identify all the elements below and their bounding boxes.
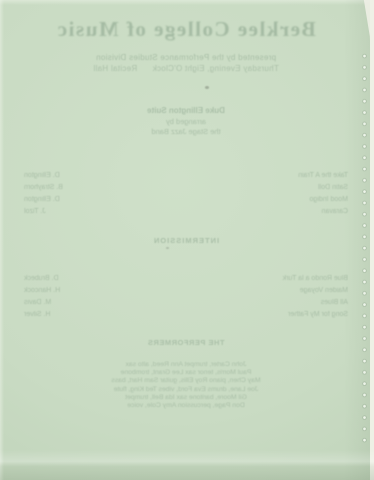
program-row: Maiden Voyage H. Hancock	[20, 285, 352, 297]
mirrored-bleedthrough-text: Berklee College of Music presented by th…	[20, 0, 352, 480]
performers-line: John Carter, trumpet Ann Reed, alto sax	[20, 361, 352, 369]
torn-edge-white-strip	[370, 0, 374, 480]
piece-name: Maiden Voyage	[300, 285, 348, 297]
performers-paragraph: John Carter, trumpet Ann Reed, alto sax …	[20, 361, 352, 410]
performers-line: May Chen, piano Roy Ellis, guitar Sam Ha…	[20, 377, 352, 385]
performers-line: Don Page, percussion Amy Cole, voice	[20, 402, 352, 410]
piece-credit: arranged by	[20, 117, 352, 128]
program-row: Take the A Train D. Ellington	[20, 170, 352, 182]
performer-name: M. Davis	[24, 297, 51, 309]
piece-name: All Blues	[321, 297, 348, 309]
program-row: Satin Doll B. Strayhorn	[20, 182, 352, 194]
program-row: Caravan J. Tizol	[20, 206, 352, 218]
left-edge-highlight	[0, 0, 4, 480]
performer-name: D. Brubeck	[24, 273, 59, 285]
bottom-page-shadow	[0, 450, 374, 480]
perforated-binding-edge	[360, 52, 369, 448]
ink-speck	[166, 247, 169, 249]
performer-name: H. Hancock	[24, 285, 60, 297]
piece-title: Duke Ellington Suite	[20, 106, 352, 117]
subtitle-line-2: Thursday Evening, Eight O'Clock Recital …	[20, 64, 352, 73]
program-row: Blue Rondo a la Turk D. Brubeck	[20, 273, 352, 285]
piece-name: Take the A Train	[298, 170, 348, 182]
performers-line: Gil Moore, baritone sax Ida Bell, trumpe…	[20, 394, 352, 402]
performer-name: B. Strayhorn	[24, 182, 63, 194]
piece-name: Mood Indigo	[309, 194, 348, 206]
program-row: Song for My Father H. Silver	[20, 309, 352, 321]
program-title-bleed: Berklee College of Music	[20, 17, 352, 42]
subtitle-line-1: presented by the Performance Studies Div…	[20, 53, 352, 62]
scanned-program-back-page: Berklee College of Music presented by th…	[0, 0, 374, 480]
piece-name: Blue Rondo a la Turk	[283, 273, 348, 285]
piece-name: Satin Doll	[318, 182, 348, 194]
performer-name: D. Ellington	[24, 170, 60, 182]
program-row: Mood Indigo D. Ellington	[20, 194, 352, 206]
intermission-heading: INTERMISSION	[20, 236, 352, 245]
piece-ensemble: the Stage Jazz Band	[20, 127, 352, 138]
performer-name: D. Ellington	[24, 194, 60, 206]
performers-heading: THE PERFORMERS	[20, 338, 352, 347]
piece-name: Caravan	[322, 206, 348, 218]
program-row: All Blues M. Davis	[20, 297, 352, 309]
performers-line: Paul Morris, tenor sax Lee Grant, trombo…	[20, 369, 352, 377]
center-piece-block: Duke Ellington Suite arranged by the Sta…	[20, 106, 352, 138]
performer-name: H. Silver	[24, 309, 50, 321]
performer-name: J. Tizol	[24, 206, 46, 218]
program-list-two: Blue Rondo a la Turk D. Brubeck Maiden V…	[20, 273, 352, 321]
performers-line: Joe Lane, drums Eva Ford, vibes Ted King…	[20, 386, 352, 394]
ink-speck	[205, 86, 209, 89]
program-list-one: Take the A Train D. Ellington Satin Doll…	[20, 170, 352, 218]
piece-name: Song for My Father	[288, 309, 348, 321]
